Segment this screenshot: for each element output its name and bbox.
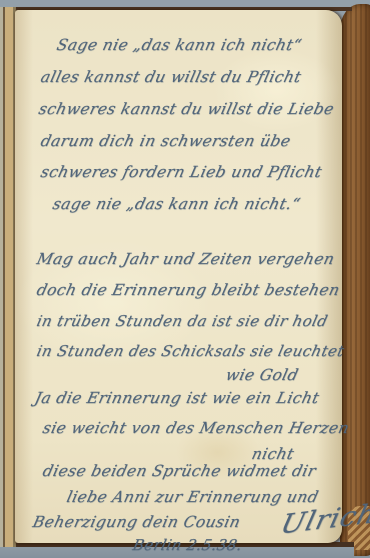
date-place-line: Berlin 2.5.38. xyxy=(133,535,242,554)
handwritten-line: alles kannst du willst du Pflicht xyxy=(41,67,301,86)
handwritten-line: sage nie „das kann ich nicht.“ xyxy=(53,194,300,213)
handwritten-line: Ja die Erinnerung ist wie ein Licht xyxy=(35,388,319,407)
handwritten-line: doch die Erinnerung bleibt bestehen xyxy=(37,280,340,299)
page-edges-stack xyxy=(0,7,16,548)
handwritten-line: in trüben Stunden da ist sie dir hold xyxy=(37,311,328,330)
dedication-line: liebe Anni zur Erinnerung und xyxy=(67,487,318,506)
handwritten-line: in Stunden des Schicksals sie leuchtet xyxy=(37,341,344,360)
book-cover-edge xyxy=(340,4,370,556)
album-page: Sage nie „das kann ich nicht“ alles kann… xyxy=(15,10,342,543)
dedication-line: diese beiden Sprüche widmet dir xyxy=(43,461,316,480)
handwritten-line: darum dich in schwersten übe xyxy=(41,131,291,150)
handwritten-line: Mag auch Jahr und Zeiten vergehen xyxy=(37,249,334,268)
signature: Ulrich xyxy=(283,504,370,535)
handwritten-line: schweres kannst du willst die Liebe xyxy=(39,99,334,118)
handwritten-line: Sage nie „das kann ich nicht“ xyxy=(57,35,301,54)
dedication-line: Beherzigung dein Cousin xyxy=(33,512,240,531)
handwritten-line: schweres fordern Lieb und Pflicht xyxy=(41,162,322,181)
handwritten-line: sie weicht von des Menschen Herzen xyxy=(43,418,349,437)
handwritten-line: wie Gold xyxy=(226,365,298,384)
album-photo: Sage nie „das kann ich nicht“ alles kann… xyxy=(0,0,370,558)
